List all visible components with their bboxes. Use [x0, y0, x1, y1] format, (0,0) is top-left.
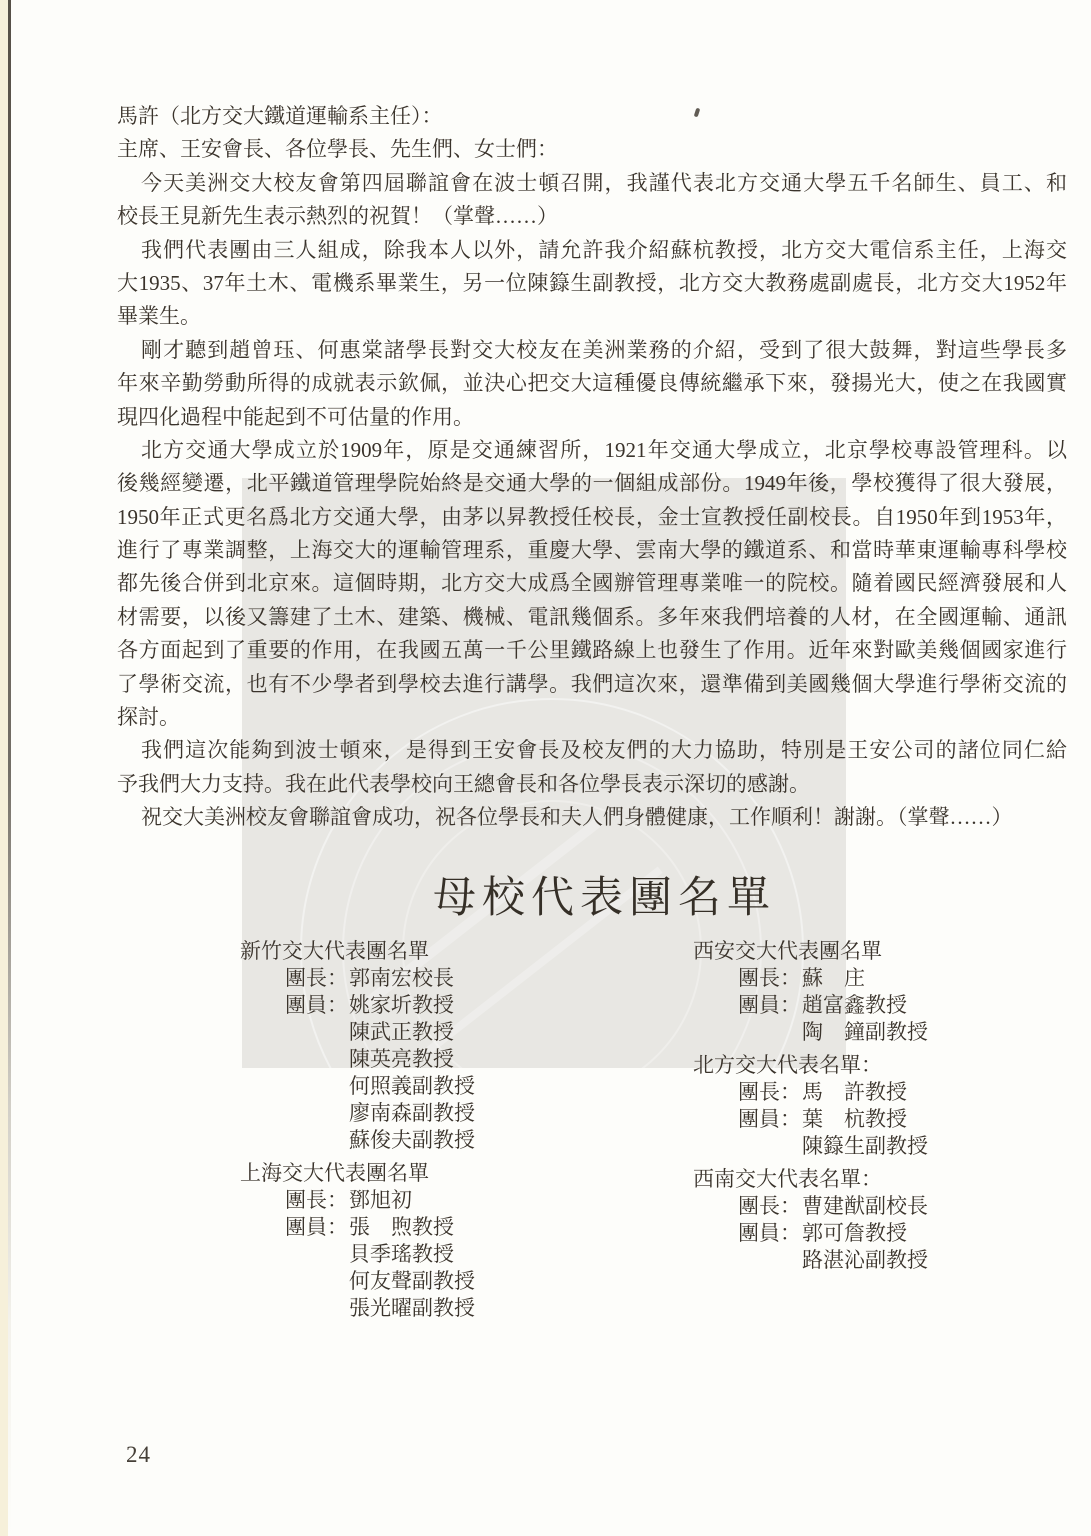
speech-line: 現四化過程中能起到不可估量的作用。	[117, 401, 1067, 434]
delegation-role-label	[285, 1073, 349, 1100]
delegation-member-name: 馬 許教授	[802, 1079, 907, 1106]
scan-edge-line	[8, 0, 11, 1536]
delegation-member-name: 陳籙生副教授	[802, 1133, 928, 1160]
delegation-member-name: 何照義副教授	[349, 1073, 475, 1100]
speech-line: 探討。	[117, 701, 1067, 734]
delegation-member-name: 路湛沁副教授	[802, 1247, 928, 1274]
delegation-row: 貝季瑤教授	[240, 1241, 600, 1268]
speech-line: 畢業生。	[117, 300, 1067, 333]
speech-text: 馬許（北方交大鐵道運輸系主任）：主席、王安會長、各位學長、先生們、女士們：今天美…	[117, 100, 1067, 835]
delegation-role-label: 團員：	[738, 1106, 802, 1133]
roster-column-right: 西安交大代表團名單團長：蘇 庄團員：趙富鑫教授陶 鐘副教授北方交大代表名單：團長…	[693, 938, 1063, 1274]
delegation-group: 新竹交大代表團名單團長：郭南宏校長團員：姚家圻教授陳武正教授陳英亮教授何照義副教…	[240, 938, 600, 1154]
delegation-role-label: 團員：	[738, 1220, 802, 1247]
delegation-row: 團長：郭南宏校長	[240, 965, 600, 992]
speech-line: 進行了專業調整，上海交大的運輸管理系，重慶大學、雲南大學的鐵道系、和當時華東運輸…	[117, 534, 1067, 567]
delegation-row: 何友聲副教授	[240, 1268, 600, 1295]
speech-line: 材需要，以後又籌建了土木、建築、機械、電訊幾個系。多年來我們培養的人材，在全國運…	[117, 601, 1067, 634]
delegation-member-name: 貝季瑤教授	[349, 1241, 454, 1268]
delegation-row: 廖南森副教授	[240, 1100, 600, 1127]
delegation-row: 陳英亮教授	[240, 1046, 600, 1073]
delegation-role-label: 團員：	[285, 1214, 349, 1241]
delegation-member-name: 陳武正教授	[349, 1019, 454, 1046]
delegation-role-label: 團長：	[285, 1187, 349, 1214]
delegation-role-label	[285, 1046, 349, 1073]
delegation-role-label: 團長：	[738, 965, 802, 992]
speech-line: 馬許（北方交大鐵道運輸系主任）：	[117, 100, 1067, 133]
delegation-role-label	[285, 1268, 349, 1295]
delegation-row: 路湛沁副教授	[693, 1247, 1063, 1274]
delegation-member-name: 郭南宏校長	[349, 965, 454, 992]
delegation-role-label: 團長：	[285, 965, 349, 992]
delegation-member-name: 鄧旭初	[349, 1187, 412, 1214]
delegation-role-label	[285, 1100, 349, 1127]
delegation-member-name: 廖南森副教授	[349, 1100, 475, 1127]
speech-line: 年來辛勤勞動所得的成就表示欽佩，並決心把交大這種優良傳統繼承下來，發揚光大，使之…	[117, 367, 1067, 400]
delegation-title: 北方交大代表名單：	[693, 1052, 1063, 1079]
roster-heading: 母校代表團名單	[433, 864, 776, 925]
delegation-group: 西安交大代表團名單團長：蘇 庄團員：趙富鑫教授陶 鐘副教授	[693, 938, 1063, 1046]
speech-line: 都先後合併到北京來。這個時期，北方交大成爲全國辦管理專業唯一的院校。隨着國民經濟…	[117, 567, 1067, 600]
delegation-row: 陳籙生副教授	[693, 1133, 1063, 1160]
delegation-row: 團員：郭可詹教授	[693, 1220, 1063, 1247]
delegation-role-label	[738, 1247, 802, 1274]
delegation-row: 團長：鄧旭初	[240, 1187, 600, 1214]
delegation-group: 上海交大代表團名單團長：鄧旭初團員：張 煦教授貝季瑤教授何友聲副教授張光曜副教授	[240, 1160, 600, 1322]
delegation-member-name: 蘇 庄	[802, 965, 865, 992]
speech-line: 剛才聽到趙曾珏、何惠棠諸學長對交大校友在美洲業務的介紹，受到了很大鼓舞，對這些學…	[117, 334, 1067, 367]
speech-line: 1950年正式更名爲北方交通大學，由茅以昇教授任校長，金士宣教授任副校長。自19…	[117, 501, 1067, 534]
speech-line: 予我們大力支持。我在此代表學校向王總會長和各位學長表示深切的感謝。	[117, 768, 1067, 801]
scanned-document-page: 馬許（北方交大鐵道運輸系主任）：主席、王安會長、各位學長、先生們、女士們：今天美…	[0, 0, 1091, 1536]
speech-line: 了學術交流，也有不少學者到學校去進行講學。我們這次來，還準備到美國幾個大學進行學…	[117, 668, 1067, 701]
roster-column-left: 新竹交大代表團名單團長：郭南宏校長團員：姚家圻教授陳武正教授陳英亮教授何照義副教…	[240, 938, 600, 1322]
delegation-member-name: 陳英亮教授	[349, 1046, 454, 1073]
delegation-title: 上海交大代表團名單	[240, 1160, 600, 1187]
delegation-member-name: 蘇俊夫副教授	[349, 1127, 475, 1154]
delegation-member-name: 陶 鐘副教授	[802, 1019, 928, 1046]
delegation-row: 團員：葉 杭教授	[693, 1106, 1063, 1133]
delegation-row: 團員：張 煦教授	[240, 1214, 600, 1241]
scan-edge-strip	[0, 0, 8, 1536]
delegation-member-name: 趙富鑫教授	[802, 992, 907, 1019]
delegation-title: 西南交大代表名單：	[693, 1166, 1063, 1193]
delegation-row: 何照義副教授	[240, 1073, 600, 1100]
speech-line: 祝交大美洲校友會聯誼會成功，祝各位學長和夫人們身體健康，工作順利！謝謝。（掌聲……	[117, 801, 1067, 834]
delegation-title: 西安交大代表團名單	[693, 938, 1063, 965]
delegation-row: 團員：姚家圻教授	[240, 992, 600, 1019]
delegation-member-name: 郭可詹教授	[802, 1220, 907, 1247]
delegation-role-label	[285, 1241, 349, 1268]
delegation-row: 團長：馬 許教授	[693, 1079, 1063, 1106]
delegation-member-name: 張光曜副教授	[349, 1295, 475, 1322]
delegation-title: 新竹交大代表團名單	[240, 938, 600, 965]
delegation-group: 北方交大代表名單：團長：馬 許教授團員：葉 杭教授陳籙生副教授	[693, 1052, 1063, 1160]
delegation-member-name: 何友聲副教授	[349, 1268, 475, 1295]
delegation-role-label: 團長：	[738, 1193, 802, 1220]
delegation-row: 蘇俊夫副教授	[240, 1127, 600, 1154]
speech-line: 我們這次能夠到波士頓來，是得到王安會長及校友們的大力協助，特別是王安公司的諸位同…	[117, 734, 1067, 767]
delegation-member-name: 張 煦教授	[349, 1214, 454, 1241]
delegation-role-label: 團員：	[285, 992, 349, 1019]
delegation-role-label	[285, 1295, 349, 1322]
delegation-row: 團員：趙富鑫教授	[693, 992, 1063, 1019]
delegation-role-label	[738, 1019, 802, 1046]
delegation-role-label	[285, 1127, 349, 1154]
delegation-row: 團長：蘇 庄	[693, 965, 1063, 992]
speech-line: 主席、王安會長、各位學長、先生們、女士們：	[117, 133, 1067, 166]
delegation-role-label: 團員：	[738, 992, 802, 1019]
delegation-role-label	[285, 1019, 349, 1046]
speech-line: 我們代表團由三人組成，除我本人以外，請允許我介紹蘇杭教授，北方交大電信系主任，上…	[117, 234, 1067, 267]
speech-line: 今天美洲交大校友會第四屆聯誼會在波士頓召開，我謹代表北方交通大學五千名師生、員工…	[117, 167, 1067, 200]
delegation-member-name: 曹建猷副校長	[802, 1193, 928, 1220]
speech-line: 校長王見新先生表示熱烈的祝賀！（掌聲……）	[117, 200, 1067, 233]
delegation-member-name: 葉 杭教授	[802, 1106, 907, 1133]
speech-line: 後幾經變遷，北平鐵道管理學院始終是交通大學的一個組成部份。1949年後，學校獲得…	[117, 467, 1067, 500]
speech-line: 北方交通大學成立於1909年，原是交通練習所，1921年交通大學成立，北京學校專…	[117, 434, 1067, 467]
delegation-group: 西南交大代表名單：團長：曹建猷副校長團員：郭可詹教授路湛沁副教授	[693, 1166, 1063, 1274]
delegation-row: 陳武正教授	[240, 1019, 600, 1046]
delegation-role-label: 團長：	[738, 1079, 802, 1106]
delegation-row: 張光曜副教授	[240, 1295, 600, 1322]
delegation-row: 陶 鐘副教授	[693, 1019, 1063, 1046]
page-number: 24	[126, 1442, 151, 1468]
delegation-role-label	[738, 1133, 802, 1160]
speech-line: 大1935、37年土木、電機系畢業生，另一位陳籙生副教授，北方交大教務處副處長，…	[117, 267, 1067, 300]
speech-line: 各方面起到了重要的作用，在我國五萬一千公里鐵路線上也發生了作用。近年來對歐美幾個…	[117, 634, 1067, 667]
delegation-row: 團長：曹建猷副校長	[693, 1193, 1063, 1220]
delegation-member-name: 姚家圻教授	[349, 992, 454, 1019]
